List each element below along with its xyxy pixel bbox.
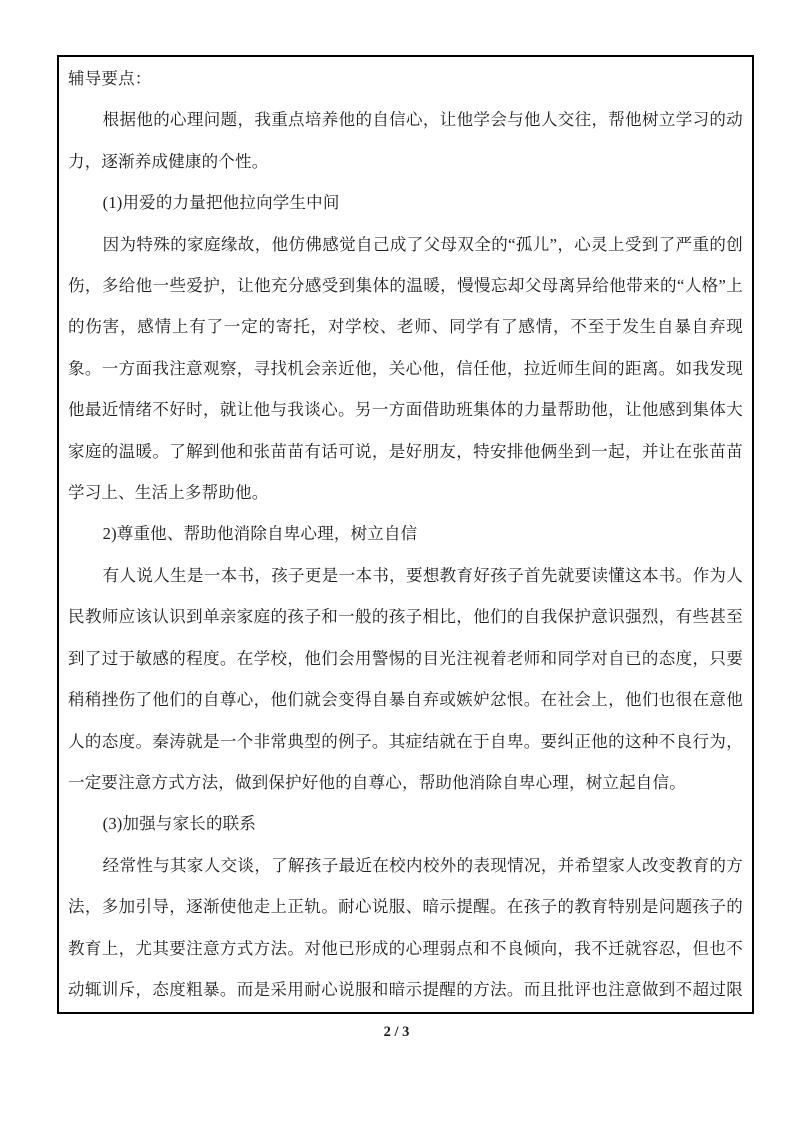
paragraph-1: 因为特殊的家庭缘故，他仿佛感觉自己成了父母双全的“孤儿”，心灵上受到了严重的创伤…: [68, 224, 743, 514]
paragraph-2: 有人说人生是一本书，孩子更是一本书，要想教育好孩子首先就要读懂这本书。作为人民教…: [68, 555, 743, 803]
document-page: 辅导要点： 根据他的心理问题，我重点培养他的自信心，让他学会与他人交往，帮他树立…: [0, 0, 793, 1122]
intro-paragraph: 根据他的心理问题，我重点培养他的自信心，让他学会与他人交往，帮他树立学习的动力，…: [68, 99, 743, 182]
subheading-1: (1)用爱的力量把他拉向学生中间: [68, 182, 743, 223]
paragraph-3: 经常性与其家人交谈，了解孩子最近在校内校外的表现情况，并希望家人改变教育的方法，…: [68, 845, 743, 1014]
tutoring-notes-content: 辅导要点： 根据他的心理问题，我重点培养他的自信心，让他学会与他人交往，帮他树立…: [68, 58, 743, 1014]
page-number-indicator: 2 / 3: [0, 1024, 793, 1041]
subheading-3: (3)加强与家长的联系: [68, 803, 743, 844]
tutoring-notes-table-cell: 辅导要点： 根据他的心理问题，我重点培养他的自信心，让他学会与他人交往，帮他树立…: [57, 55, 754, 1014]
section-title: 辅导要点：: [68, 58, 743, 99]
subheading-2: 2)尊重他、帮助他消除自卑心理，树立自信: [68, 513, 743, 554]
